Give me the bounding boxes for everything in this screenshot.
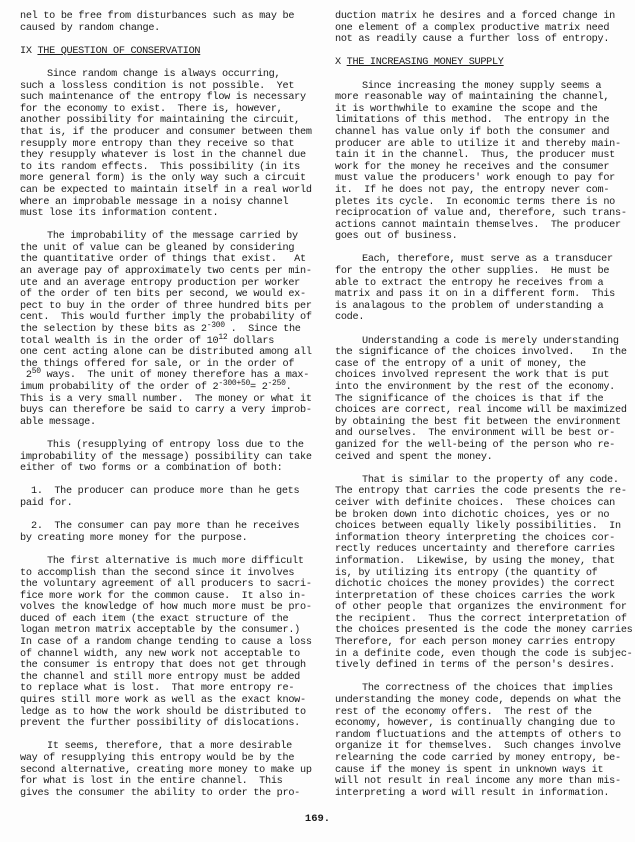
section-number: IX bbox=[20, 46, 32, 57]
text-line: imum probability of the order of 2-300+5… bbox=[20, 382, 316, 394]
text-line: Each, therefore, must serve as a transdu… bbox=[335, 254, 631, 266]
text-line: able to extract the entropy he receives … bbox=[335, 278, 631, 290]
text-line: ledge as to how the work should be distr… bbox=[20, 707, 316, 719]
text-line: must value the producers' work enough to… bbox=[335, 173, 631, 185]
text-line: another possibility for maintaining the … bbox=[20, 115, 316, 127]
text-line: be broken down into dichotic choices, ye… bbox=[335, 510, 631, 522]
text-line: actions cannot maintain themselves. The … bbox=[335, 220, 631, 232]
text-line: duced of each item (the exact structure … bbox=[20, 614, 316, 626]
text-line: the things offered for sale, or in the o… bbox=[20, 359, 316, 371]
text-line: information. Likewise, by using the mone… bbox=[335, 556, 631, 568]
text-line: such a lossless condition is not possibl… bbox=[20, 81, 316, 93]
text-line: matrix and pass it on in a different for… bbox=[335, 289, 631, 301]
text-line: the selection by these bits as 2-300 . S… bbox=[20, 324, 316, 336]
text-line: for what is lost in the entire channel. … bbox=[20, 776, 316, 788]
paragraph: The correctness of the choices that impl… bbox=[335, 683, 631, 799]
text-line: into the environment by the rest of the … bbox=[335, 382, 631, 394]
text-line: the channel and still more entropy must … bbox=[20, 672, 316, 684]
text-line: the significance of the choices involved… bbox=[335, 347, 631, 359]
text-line: prevent the further possibility of dislo… bbox=[20, 718, 316, 730]
text-line: will not result in real income any more … bbox=[335, 776, 631, 788]
text-line: resupply more entropy than they receive … bbox=[20, 139, 316, 151]
paragraph-continuation: duction matrix he desires and a forced c… bbox=[335, 11, 631, 46]
section-heading-x: X THE INCREASING MONEY SUPPLY bbox=[335, 57, 631, 69]
text-line: choices are correct, real income will be… bbox=[335, 405, 631, 417]
math-exponent: -250 bbox=[268, 379, 286, 388]
text-line: interpreting a word will result in infor… bbox=[335, 788, 631, 800]
text-line: fice more work for the common cause. It … bbox=[20, 591, 316, 603]
left-column: nel to be free from disturbances such as… bbox=[20, 11, 316, 799]
math-exponent: 50 bbox=[32, 367, 41, 376]
text-line: logan metron matrix acceptable by the co… bbox=[20, 625, 316, 637]
text-line: This (resupplying of entropy loss due to… bbox=[20, 440, 316, 452]
text-fragment: imum probability of the order of bbox=[20, 382, 213, 393]
math-exponent: -300 bbox=[207, 321, 225, 330]
text-line: total wealth is in the order of 1012 dol… bbox=[20, 336, 316, 348]
text-line: channel has value only if both the consu… bbox=[335, 127, 631, 139]
text-line: duction matrix he desires and a forced c… bbox=[335, 11, 631, 23]
text-line: buys can therefore be said to carry a ve… bbox=[20, 405, 316, 417]
math-exponent: -300+50 bbox=[218, 379, 250, 388]
text-line: nel to be free from disturbances such as… bbox=[20, 11, 316, 23]
text-fragment: = bbox=[250, 382, 262, 393]
text-line: to replace what is lost. That more entro… bbox=[20, 683, 316, 695]
text-line: choices involved represent the work that… bbox=[335, 370, 631, 382]
text-line: the consumer is entropy that does not ge… bbox=[20, 660, 316, 672]
text-line: to accomplish than the second since it i… bbox=[20, 568, 316, 580]
paragraph: The first alternative is much more diffi… bbox=[20, 556, 316, 730]
text-line: can be expected to maintain itself in a … bbox=[20, 185, 316, 197]
section-heading-ix: IX THE QUESTION OF CONSERVATION bbox=[20, 46, 316, 58]
text-line: goes out of business. bbox=[335, 231, 631, 243]
text-line: cent. This would further imply the proba… bbox=[20, 312, 316, 324]
paragraph: That is similar to the property of any c… bbox=[335, 475, 631, 672]
paragraph: Since random change is always occurring,… bbox=[20, 69, 316, 220]
text-line: 1. The producer can produce more than he… bbox=[20, 486, 316, 498]
text-line: the unit of value can be gleaned by cons… bbox=[20, 243, 316, 255]
page-number: 169. bbox=[0, 813, 635, 825]
text-line: This is a very small number. The money o… bbox=[20, 394, 316, 406]
text-line: by obtaining the best fit between the en… bbox=[335, 417, 631, 429]
text-line: gives the consumer the ability to order … bbox=[20, 788, 316, 800]
text-line: interpretation of these choices carries … bbox=[335, 591, 631, 603]
text-line: and ourselves. The environment will be b… bbox=[335, 428, 631, 440]
text-line: understanding the money code, depends on… bbox=[335, 695, 631, 707]
text-line: information theory interpreting the choi… bbox=[335, 533, 631, 545]
text-line: where an improbable message in a noisy c… bbox=[20, 197, 316, 209]
text-line: by creating more money for the purpose. bbox=[20, 533, 316, 545]
text-line: paid for. bbox=[20, 498, 316, 510]
text-line: That is similar to the property of any c… bbox=[335, 475, 631, 487]
text-line: second alternative, creating more money … bbox=[20, 765, 316, 777]
text-line: pletes its cycle. In economic terms ther… bbox=[335, 197, 631, 209]
text-line: of other people that organizes the envir… bbox=[335, 602, 631, 614]
text-line: such maintenance of the entropy flow is … bbox=[20, 92, 316, 104]
text-line: volves the knowledge of how much more mu… bbox=[20, 602, 316, 614]
text-line: ceiver with definite choices. These choi… bbox=[335, 498, 631, 510]
text-fragment: . bbox=[286, 382, 292, 393]
text-line: relearning the code carried by money ent… bbox=[335, 753, 631, 765]
text-line: organize it for themselves. Such changes… bbox=[335, 741, 631, 753]
text-line: pect to buy in the order of three hundre… bbox=[20, 301, 316, 313]
text-line: rest of the economy offers. The rest of … bbox=[335, 707, 631, 719]
text-line: it. If he does not pay, the entropy neve… bbox=[335, 185, 631, 197]
text-line: producer are able to utilize it and ther… bbox=[335, 139, 631, 151]
section-title: THE QUESTION OF CONSERVATION bbox=[37, 46, 200, 57]
document-page: nel to be free from disturbances such as… bbox=[0, 0, 635, 842]
math-base: 10 bbox=[207, 336, 219, 347]
text-line: 2. The consumer can pay more than he rec… bbox=[20, 521, 316, 533]
paragraph: Since increasing the money supply seems … bbox=[335, 81, 631, 243]
text-line: tain it in the channel. Thus, the produc… bbox=[335, 150, 631, 162]
text-fragment: total wealth is in the order of bbox=[20, 336, 207, 347]
text-line: limitations of this method. The entropy … bbox=[335, 115, 631, 127]
text-line: that is, if the producer and consumer be… bbox=[20, 127, 316, 139]
text-fragment: the selection by these bits as bbox=[20, 324, 201, 335]
text-line: either of two forms or a combination of … bbox=[20, 463, 316, 475]
text-line: ganized for the well-being of the person… bbox=[335, 440, 631, 452]
text-line: The significance of the choices is that … bbox=[335, 394, 631, 406]
text-line: work for the money he receives and the c… bbox=[335, 162, 631, 174]
paragraph-continuation: nel to be free from disturbances such as… bbox=[20, 11, 316, 34]
text-line: The entropy that carries the code presen… bbox=[335, 486, 631, 498]
text-line: one element of a complex productive matr… bbox=[335, 23, 631, 35]
text-line: for the entropy the other supplies. He m… bbox=[335, 266, 631, 278]
text-line: Since random change is always occurring, bbox=[20, 69, 316, 81]
text-line: In case of a random change tending to ca… bbox=[20, 637, 316, 649]
text-line: improbability of the message) possibilit… bbox=[20, 452, 316, 464]
list-item-1: 1. The producer can produce more than he… bbox=[20, 486, 316, 509]
text-line: Since increasing the money supply seems … bbox=[335, 81, 631, 93]
text-line: they resupply whatever is lost in the ch… bbox=[20, 150, 316, 162]
text-line: The correctness of the choices that impl… bbox=[335, 683, 631, 695]
text-line: for the economy to exist. There is, howe… bbox=[20, 104, 316, 116]
right-column: duction matrix he desires and a forced c… bbox=[335, 11, 631, 799]
text-line: the quantitative order of things that ex… bbox=[20, 254, 316, 266]
text-line: of the order of ten bits per second, we … bbox=[20, 289, 316, 301]
text-line: must lose its information content. bbox=[20, 208, 316, 220]
text-line: ceived and spent the money. bbox=[335, 452, 631, 464]
text-line: way of resupplying this entropy would be… bbox=[20, 753, 316, 765]
text-line: in a definite code, even though the code… bbox=[335, 649, 631, 661]
text-line: the recipient. Thus the correct interpre… bbox=[335, 614, 631, 626]
text-line: dichotic choices the money provides) the… bbox=[335, 579, 631, 591]
paragraph-improbability: The improbability of the message carried… bbox=[20, 231, 316, 428]
text-line: the voluntary agreement of all producers… bbox=[20, 579, 316, 591]
text-line: to its random effects. This possibility … bbox=[20, 162, 316, 174]
text-line: the choices presented is the code the mo… bbox=[335, 625, 631, 637]
text-line: it is worthwhile to examine the scope an… bbox=[335, 104, 631, 116]
text-line: more general form) is the only way such … bbox=[20, 173, 316, 185]
text-fragment: dollars bbox=[227, 336, 274, 347]
text-line: an average pay of approximately two cent… bbox=[20, 266, 316, 278]
text-line: rectly reduces uncertainty and therefore… bbox=[335, 544, 631, 556]
section-title: THE INCREASING MONEY SUPPLY bbox=[347, 57, 504, 68]
text-line: of channel width, any new work not accep… bbox=[20, 649, 316, 661]
text-line: The first alternative is much more diffi… bbox=[20, 556, 316, 568]
text-line: code. bbox=[335, 312, 631, 324]
text-line: tively defined in terms of the person's … bbox=[335, 660, 631, 672]
text-line: quires still more work as well as the ex… bbox=[20, 695, 316, 707]
text-line: one cent acting alone can be distributed… bbox=[20, 347, 316, 359]
paragraph: It seems, therefore, that a more desirab… bbox=[20, 741, 316, 799]
text-line: ute and an average entropy production pe… bbox=[20, 278, 316, 290]
text-line: is, by utilizing its entropy (the quanti… bbox=[335, 568, 631, 580]
text-line: reciprocation of value and, therefore, s… bbox=[335, 208, 631, 220]
paragraph: Understanding a code is merely understan… bbox=[335, 336, 631, 464]
text-line: more reasonable way of maintaining the c… bbox=[335, 92, 631, 104]
text-line: Therefore, for each person money carries… bbox=[335, 637, 631, 649]
text-line: The improbability of the message carried… bbox=[20, 231, 316, 243]
text-line: It seems, therefore, that a more desirab… bbox=[20, 741, 316, 753]
text-fragment: . Since the bbox=[225, 324, 301, 335]
text-line: able message. bbox=[20, 417, 316, 429]
text-line: not as readily cause a further loss of e… bbox=[335, 34, 631, 46]
text-line: choices between equally likely possibili… bbox=[335, 521, 631, 533]
text-line: case of the entropy of a unit of money, … bbox=[335, 359, 631, 371]
text-line: economy, however, is continually changin… bbox=[335, 718, 631, 730]
text-line: random fluctuations and the attempts of … bbox=[335, 730, 631, 742]
list-item-2: 2. The consumer can pay more than he rec… bbox=[20, 521, 316, 544]
paragraph: Each, therefore, must serve as a transdu… bbox=[335, 254, 631, 324]
text-line: cause if the money is spent in unknown w… bbox=[335, 765, 631, 777]
text-line: Understanding a code is merely understan… bbox=[335, 336, 631, 348]
text-line: is analagous to the problem of understan… bbox=[335, 301, 631, 313]
section-number: X bbox=[335, 57, 341, 68]
text-line: caused by random change. bbox=[20, 23, 316, 35]
paragraph: This (resupplying of entropy loss due to… bbox=[20, 440, 316, 475]
